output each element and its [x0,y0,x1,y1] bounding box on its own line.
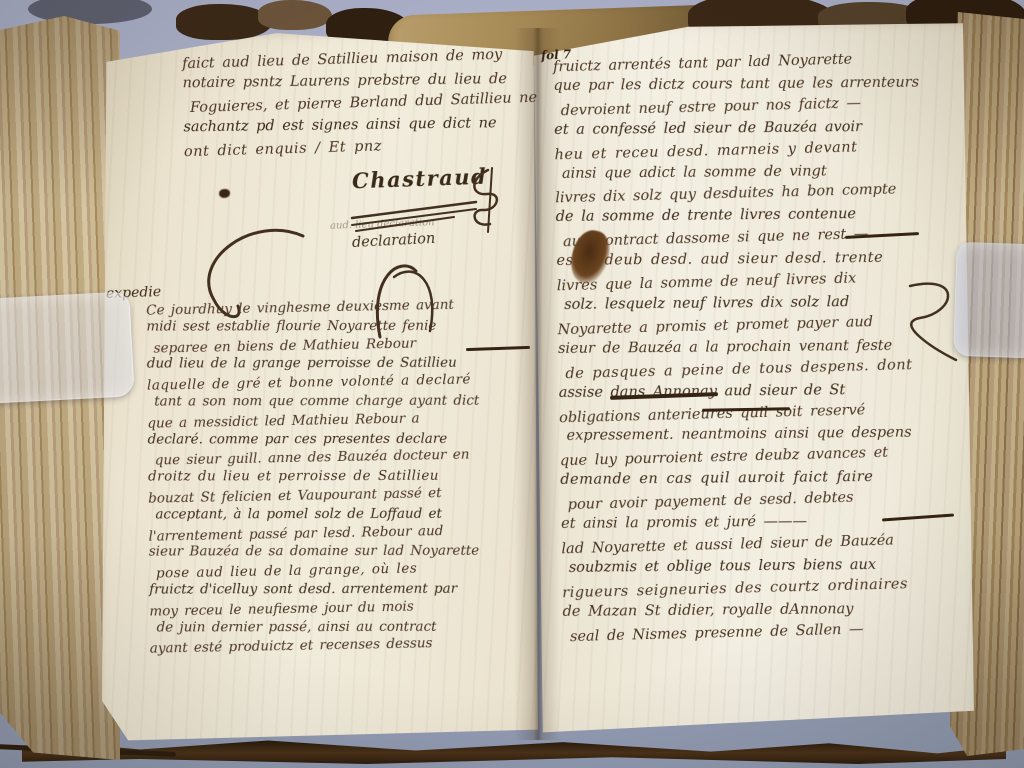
margin-curl-flourish [900,276,960,371]
right-bookmark-tab [953,242,1024,359]
binding-remnant [258,0,332,30]
closing-paragraph: faict aud lieu de Satillieu maison de mo… [182,44,534,161]
binding-thong [22,736,1006,764]
paraph-flourish [458,166,512,238]
photo-background: faict aud lieu de Satillieu maison de mo… [0,0,1024,768]
left-bookmark-tab [0,291,135,403]
